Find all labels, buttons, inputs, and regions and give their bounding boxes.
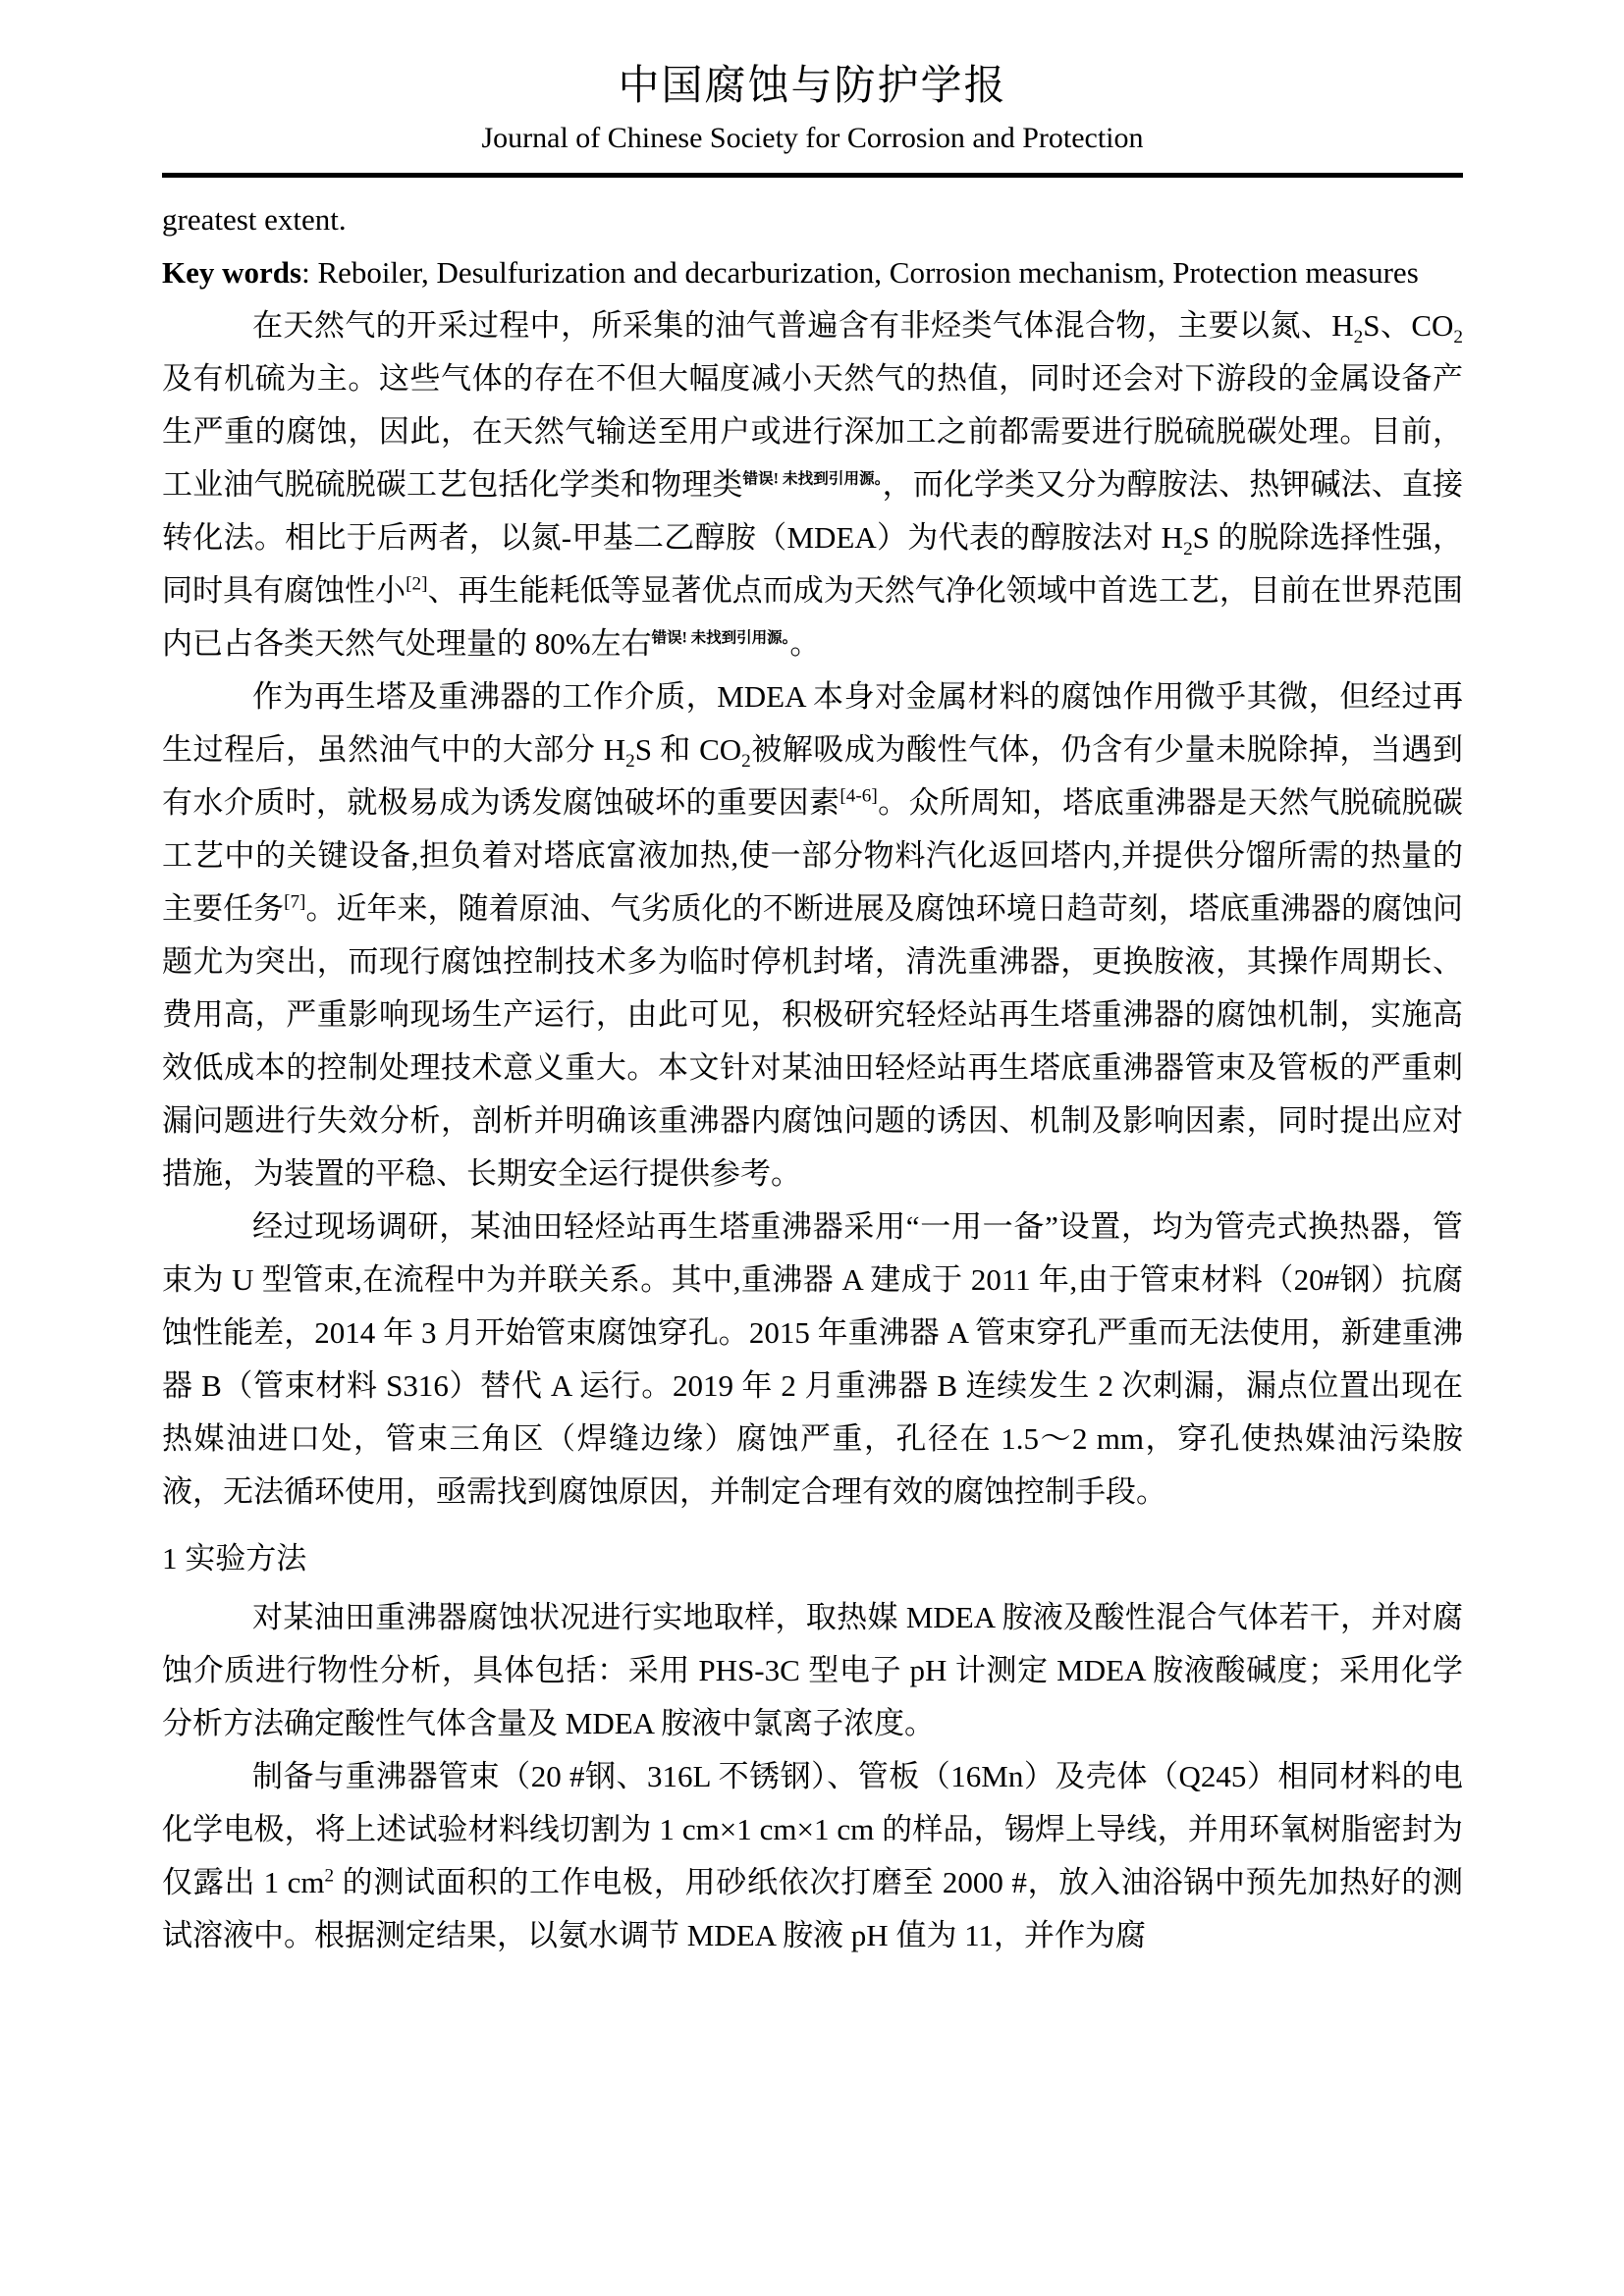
paragraph: 经过现场调研，某油田轻烃站再生塔重沸器采用“一用一备”设置，均为管壳式换热器，管… — [162, 1201, 1463, 1519]
citation-superscript: [2] — [406, 574, 427, 595]
section-heading: 1 实验方法 — [162, 1532, 1463, 1585]
journal-masthead: 中国腐蚀与防护学报 Journal of Chinese Society for… — [162, 59, 1463, 159]
document-page: 中国腐蚀与防护学报 Journal of Chinese Society for… — [0, 0, 1624, 2296]
citation-superscript: [7] — [284, 892, 305, 913]
body-line: greatest extent. — [162, 193, 1463, 246]
document-body: greatest extent.Key words: Reboiler, Des… — [162, 193, 1463, 1962]
chemical-subscript: 2 — [625, 751, 635, 772]
keywords-line: Key words: Reboiler, Desulfurization and… — [162, 246, 1463, 299]
masthead-divider-rule — [162, 173, 1463, 178]
chemical-subscript: 2 — [1183, 539, 1193, 560]
chemical-subscript: 2 — [741, 751, 751, 772]
journal-title-english: Journal of Chinese Society for Corrosion… — [162, 118, 1463, 159]
chemical-subscript: 2 — [1453, 327, 1463, 347]
paragraph: 在天然气的开采过程中，所采集的油气普遍含有非烃类气体混合物，主要以氮、H2S、C… — [162, 299, 1463, 670]
chemical-subscript: 2 — [1354, 327, 1364, 347]
paragraph: 对某油田重沸器腐蚀状况进行实地取样，取热媒 MDEA 胺液及酸性混合气体若干，并… — [162, 1591, 1463, 1750]
error-reference-marker: 错误! 未找到引用源。 — [652, 630, 790, 647]
paragraph: 作为再生塔及重沸器的工作介质，MDEA 本身对金属材料的腐蚀作用微乎其微，但经过… — [162, 670, 1463, 1201]
citation-superscript: [4-6] — [839, 786, 877, 807]
citation-superscript: 2 — [325, 1866, 335, 1887]
paragraph: 制备与重沸器管束（20 #钢、316L 不锈钢）、管板（16Mn）及壳体（Q24… — [162, 1750, 1463, 1962]
error-reference-marker: 错误! 未找到引用源。 — [743, 471, 883, 488]
keywords-label: Key words — [162, 255, 301, 290]
journal-title-chinese: 中国腐蚀与防护学报 — [162, 59, 1463, 114]
